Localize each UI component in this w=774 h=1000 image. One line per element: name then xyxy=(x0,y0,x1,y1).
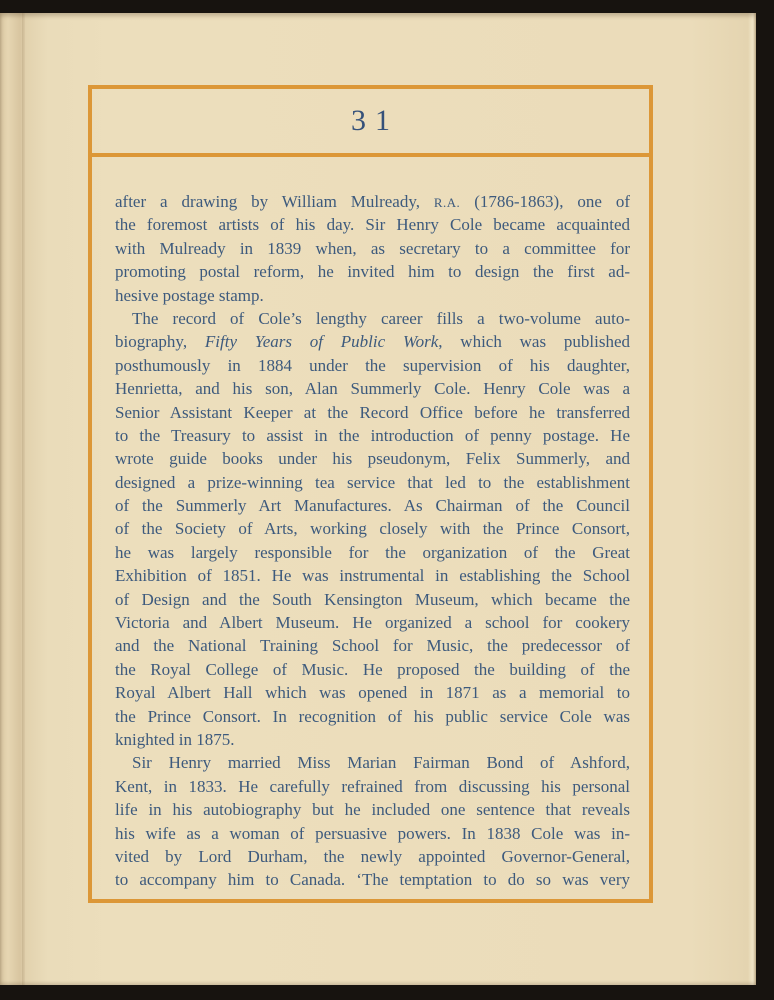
text-line: Royal Albert Hall which was opened in 18… xyxy=(115,681,630,704)
text-segment: , which was published xyxy=(438,332,630,351)
text-line: knighted in 1875. xyxy=(115,728,630,751)
text-line: of the Summerly Art Manufactures. As Cha… xyxy=(115,494,630,517)
text-line: The record of Cole’s lengthy career fill… xyxy=(115,307,630,330)
text-segment: Victoria and Albert Museum. He organized… xyxy=(115,613,630,632)
text-line: of the Society of Arts, working closely … xyxy=(115,517,630,540)
text-line: the Royal College of Music. He proposed … xyxy=(115,658,630,681)
text-line: the foremost artists of his day. Sir Hen… xyxy=(115,213,630,236)
text-line: his wife as a woman of persuasive powers… xyxy=(115,822,630,845)
text-line: after a drawing by William Mulready, R.A… xyxy=(115,190,630,213)
text-segment: Kent, in 1833. He carefully refrained fr… xyxy=(115,777,630,796)
text-segment: of Design and the South Kensington Museu… xyxy=(115,590,630,609)
text-line: designed a prize-winning tea service tha… xyxy=(115,471,630,494)
scan-background: { "colors": { "background_black": "#1713… xyxy=(0,0,774,1000)
text-segment: he was largely responsible for the organ… xyxy=(115,543,630,562)
book-page: 31 after a drawing by William Mulready, … xyxy=(0,13,756,985)
text-line: to the Treasury to assist in the introdu… xyxy=(115,424,630,447)
text-line: with Mulready in 1839 when, as secretary… xyxy=(115,237,630,260)
text-segment: to accompany him to Canada. ‘The temptat… xyxy=(115,870,630,889)
text-line: biography, Fifty Years of Public Work, w… xyxy=(115,330,630,353)
text-segment: of the Summerly Art Manufactures. As Cha… xyxy=(115,496,630,515)
text-segment: Sir Henry married Miss Marian Fairman Bo… xyxy=(132,753,630,772)
text-segment: the Prince Consort. In recognition of hi… xyxy=(115,707,630,726)
text-segment: Senior Assistant Keeper at the Record Of… xyxy=(115,403,630,422)
text-segment: Royal Albert Hall which was opened in 18… xyxy=(115,683,630,702)
book-title-italic: Fifty Years of Public Work xyxy=(205,332,438,351)
text-segment: Exhibition of 1851. He was instrumental … xyxy=(115,566,630,585)
text-segment: the foremost artists of his day. Sir Hen… xyxy=(115,215,630,234)
gutter-crease xyxy=(22,13,25,985)
text-line: to accompany him to Canada. ‘The temptat… xyxy=(115,868,630,891)
text-line: wrote guide books under his pseudonym, F… xyxy=(115,447,630,470)
text-line: he was largely responsible for the organ… xyxy=(115,541,630,564)
text-line: Sir Henry married Miss Marian Fairman Bo… xyxy=(115,751,630,774)
text-line: Henrietta, and his son, Alan Summerly Co… xyxy=(115,377,630,400)
text-segment: The record of Cole’s lengthy career fill… xyxy=(132,309,630,328)
smallcaps-abbreviation: R.A. xyxy=(434,195,460,210)
text-line: life in his autobiography but he include… xyxy=(115,798,630,821)
text-segment: Henrietta, and his son, Alan Summerly Co… xyxy=(115,379,630,398)
text-segment: his wife as a woman of persuasive powers… xyxy=(115,824,630,843)
text-line: hesive postage stamp. xyxy=(115,284,630,307)
text-segment: knighted in 1875. xyxy=(115,730,234,749)
text-segment: (1786-1863), one of xyxy=(460,192,630,211)
text-segment: posthumously in 1884 under the supervisi… xyxy=(115,356,630,375)
text-segment: promoting postal reform, he invited him … xyxy=(115,262,630,281)
text-line: promoting postal reform, he invited him … xyxy=(115,260,630,283)
text-line: and the National Training School for Mus… xyxy=(115,634,630,657)
page-text: after a drawing by William Mulready, R.A… xyxy=(92,157,649,892)
text-line: of Design and the South Kensington Museu… xyxy=(115,588,630,611)
text-line: Senior Assistant Keeper at the Record Of… xyxy=(115,401,630,424)
text-segment: life in his autobiography but he include… xyxy=(115,800,630,819)
text-line: the Prince Consort. In recognition of hi… xyxy=(115,705,630,728)
text-segment: vited by Lord Durham, the newly appointe… xyxy=(115,847,630,866)
page-number-box: 31 xyxy=(92,89,649,157)
text-line: vited by Lord Durham, the newly appointe… xyxy=(115,845,630,868)
text-segment: wrote guide books under his pseudonym, F… xyxy=(115,449,630,468)
text-segment: designed a prize-winning tea service tha… xyxy=(115,473,630,492)
text-segment: biography, xyxy=(115,332,205,351)
text-segment: hesive postage stamp. xyxy=(115,286,264,305)
text-segment: of the Society of Arts, working closely … xyxy=(115,519,630,538)
text-segment: and the National Training School for Mus… xyxy=(115,636,630,655)
text-line: Kent, in 1833. He carefully refrained fr… xyxy=(115,775,630,798)
text-line: posthumously in 1884 under the supervisi… xyxy=(115,354,630,377)
text-line: Victoria and Albert Museum. He organized… xyxy=(115,611,630,634)
page-border-frame: 31 after a drawing by William Mulready, … xyxy=(88,85,653,903)
text-segment: the Royal College of Music. He proposed … xyxy=(115,660,630,679)
text-segment: with Mulready in 1839 when, as secretary… xyxy=(115,239,630,258)
text-segment: to the Treasury to assist in the introdu… xyxy=(115,426,630,445)
page-number: 31 xyxy=(342,106,399,136)
text-segment: after a drawing by William Mulready, xyxy=(115,192,434,211)
text-line: Exhibition of 1851. He was instrumental … xyxy=(115,564,630,587)
